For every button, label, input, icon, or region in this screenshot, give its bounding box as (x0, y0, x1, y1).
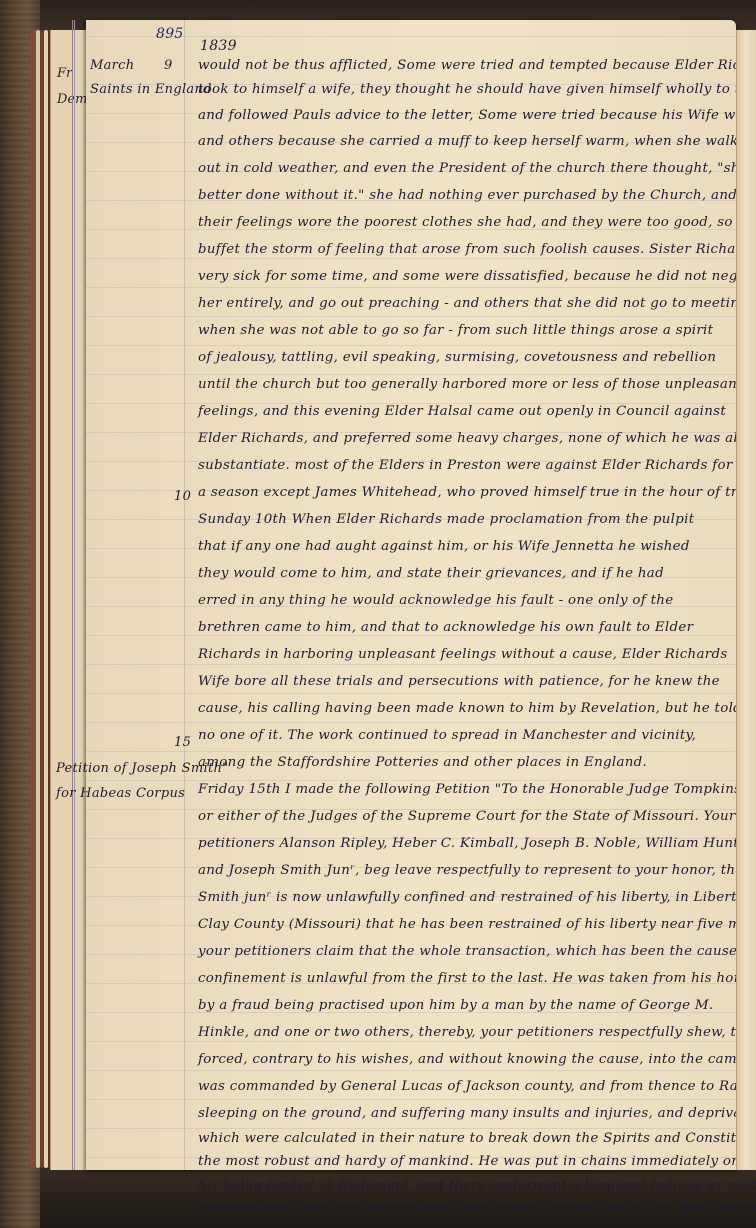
manuscript-line: the most robust and hardy of mankind. He… (198, 1154, 728, 1169)
manuscript-line: which were calculated in their nature to… (198, 1131, 728, 1146)
margin-rule (72, 20, 73, 1170)
manuscript-line: among the Staffordshire Potteries and ot… (198, 755, 728, 770)
manuscript-line: when she was not able to go so far - fro… (198, 323, 728, 338)
margin-day: 9 (164, 58, 173, 73)
manuscript-line: of jealousy, tattling, evil speaking, su… (198, 350, 728, 365)
manuscript-line: Clay County (Missouri) that he has been … (198, 917, 728, 932)
margin-rule (184, 20, 185, 1170)
manuscript-line: Wife bore all these trials and persecuti… (198, 674, 728, 689)
manuscript-line: their feelings wore the poorest clothes … (198, 215, 728, 230)
margin-subject: Saints in England (90, 82, 212, 97)
page-number: 895 (156, 26, 184, 42)
manuscript-line: Elder Richards, and preferred some heavy… (198, 431, 728, 446)
manuscript-line: would not be thus afflicted, Some were t… (198, 58, 728, 73)
margin-day: 10 (174, 489, 191, 504)
manuscript-line: Hinkle, and one or two others, thereby, … (198, 1025, 728, 1040)
manuscript-line: Richards in harboring unpleasant feeling… (198, 647, 728, 662)
manuscript-line: by a fraud being practised upon him by a… (198, 998, 728, 1013)
manuscript-line: erred in any thing he would acknowledge … (198, 593, 728, 608)
manuscript-line: or either of the Judges of the Supreme C… (198, 809, 728, 824)
manuscript-scan: Fr Deme 895 1839 March 9 Saints in Engla… (0, 0, 756, 1228)
manuscript-page: 895 1839 March 9 Saints in England 10 15… (86, 20, 736, 1170)
margin-petition-heading: for Habeas Corpus (56, 786, 185, 801)
manuscript-line: confinement is unlawful from the first t… (198, 971, 728, 986)
manuscript-line: and others because she carried a muff to… (198, 134, 728, 149)
manuscript-line: that if any one had aught against him, o… (198, 539, 728, 554)
manuscript-line: examination. Your Petitioners shew that … (198, 1200, 728, 1215)
margin-rule (74, 20, 75, 1170)
manuscript-line: substantiate. most of the Elders in Pres… (198, 458, 728, 473)
next-page-edge (736, 30, 756, 1170)
margin-day: 15 (174, 735, 191, 750)
manuscript-line: they would come to him, and state their … (198, 566, 728, 581)
manuscript-line: sleeping on the ground, and suffering ma… (198, 1106, 728, 1121)
manuscript-line: Smith junʳ is now unlawfully confined an… (198, 890, 728, 905)
manuscript-line: a season except James Whitehead, who pro… (198, 485, 728, 500)
manuscript-line: Sunday 10th When Elder Richards made pro… (198, 512, 728, 527)
manuscript-line: and followed Pauls advice to the letter,… (198, 108, 728, 123)
underlying-page-fragment: Fr (57, 66, 72, 81)
manuscript-line: cause, his calling having been made know… (198, 701, 728, 716)
manuscript-line: buffet the storm of feeling that arose f… (198, 242, 728, 257)
manuscript-line: was commanded by General Lucas of Jackso… (198, 1079, 728, 1094)
manuscript-line: her entirely, and go out preaching - and… (198, 296, 728, 311)
manuscript-line: your petitioners claim that the whole tr… (198, 944, 728, 959)
manuscript-line: brethren came to him, and that to acknow… (198, 620, 728, 635)
manuscript-line: out in cold weather, and even the Presid… (198, 161, 728, 176)
manuscript-line: and Joseph Smith Junʳ, beg leave respect… (198, 863, 728, 878)
manuscript-line: very sick for some time, and some were d… (198, 269, 728, 284)
manuscript-line: his being landed at Richmond, and there … (198, 1178, 728, 1193)
manuscript-line: petitioners Alanson Ripley, Heber C. Kim… (198, 836, 728, 851)
manuscript-line: until the church but too generally harbo… (198, 377, 728, 392)
manuscript-line: better done without it." she had nothing… (198, 188, 728, 203)
year-heading: 1839 (200, 38, 237, 54)
manuscript-line: took to himself a wife, they thought he … (198, 82, 728, 97)
margin-month: March (90, 58, 134, 73)
manuscript-line: Friday 15th I made the following Petitio… (198, 782, 728, 797)
manuscript-line: forced, contrary to his wishes, and with… (198, 1052, 728, 1067)
manuscript-line: no one of it. The work continued to spre… (198, 728, 728, 743)
manuscript-line: feelings, and this evening Elder Halsal … (198, 404, 728, 419)
